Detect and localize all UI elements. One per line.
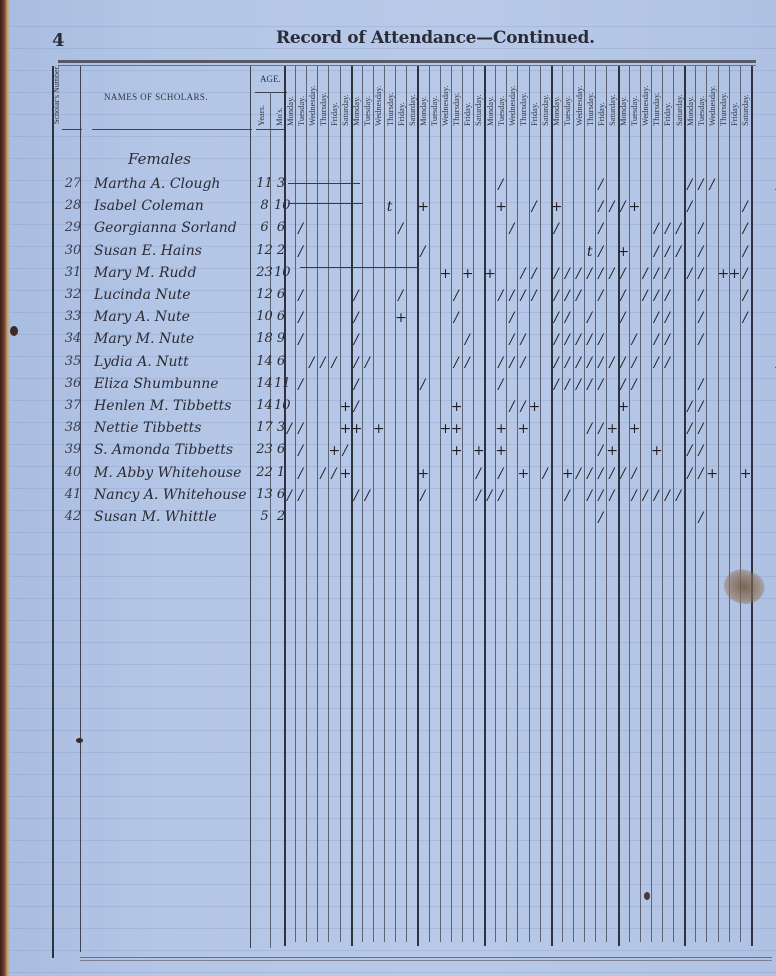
attendance-mark: / xyxy=(506,288,517,304)
tardy-mark: + xyxy=(351,421,362,437)
book-binding-edge xyxy=(0,0,10,976)
attendance-mark: / xyxy=(317,466,328,482)
day-divider xyxy=(440,66,441,942)
attendance-mark: / xyxy=(351,310,362,326)
day-header: Monday. xyxy=(552,70,561,126)
attendance-mark: / xyxy=(740,288,751,304)
age-months: 6 xyxy=(274,287,288,302)
attendance-mark: / xyxy=(573,332,584,348)
scholar-name: Isabel Coleman xyxy=(94,198,256,214)
day-divider xyxy=(673,66,674,942)
attendance-mark: / xyxy=(740,221,751,237)
scholar-number: 36 xyxy=(60,376,86,391)
attendance-mark: / xyxy=(295,421,306,437)
attendance-mark: / xyxy=(618,266,629,282)
attendance-mark: / xyxy=(695,421,706,437)
attendance-mark: / xyxy=(573,266,584,282)
attendance-mark: / xyxy=(695,399,706,415)
tardy-mark: + xyxy=(373,421,384,437)
attendance-mark: / xyxy=(618,199,629,215)
day-header: Saturday. xyxy=(608,70,617,126)
day-divider xyxy=(595,66,596,942)
week-divider xyxy=(618,66,620,946)
day-header: Wednesday. xyxy=(641,70,650,126)
attendance-mark: / xyxy=(618,310,629,326)
section-label-females: Females xyxy=(128,150,191,168)
header-underline-number xyxy=(62,129,82,130)
scholar-name: Susan M. Whittle xyxy=(94,509,256,525)
attendance-mark: / xyxy=(706,177,717,193)
attendance-mark: / xyxy=(529,288,540,304)
day-header: Wednesday. xyxy=(508,70,517,126)
attendance-mark: / xyxy=(595,177,606,193)
scholar-number: 28 xyxy=(60,198,86,213)
attendance-mark: / xyxy=(517,288,528,304)
attendance-mark: / xyxy=(595,266,606,282)
tardy-mark: + xyxy=(340,466,351,482)
attendance-mark: / xyxy=(562,332,573,348)
attendance-mark: / xyxy=(495,288,506,304)
day-divider xyxy=(540,66,541,942)
day-divider xyxy=(317,66,318,942)
day-header: Thursday. xyxy=(652,70,661,126)
day-header: Monday. xyxy=(419,70,428,126)
attendance-mark: / xyxy=(295,377,306,393)
day-divider xyxy=(429,66,430,942)
age-years: 22 xyxy=(256,465,273,480)
age-years: 14 xyxy=(256,376,273,391)
attendance-mark: / xyxy=(328,355,339,371)
attendance-mark: / xyxy=(695,177,706,193)
attendance-mark: / xyxy=(606,199,617,215)
tardy-mark: + xyxy=(729,266,740,282)
attendance-mark: / xyxy=(529,266,540,282)
day-header: Tuesday. xyxy=(297,70,306,126)
attendance-mark: / xyxy=(506,332,517,348)
attendance-mark: / xyxy=(662,266,673,282)
day-divider xyxy=(295,66,296,942)
attendance-mark: / xyxy=(573,377,584,393)
day-divider xyxy=(406,66,407,942)
attendance-mark: / xyxy=(551,266,562,282)
age-years: 14 xyxy=(256,398,273,413)
day-header: Saturday. xyxy=(408,70,417,126)
attendance-mark: / xyxy=(562,377,573,393)
scholar-name: Martha A. Clough xyxy=(94,176,256,192)
scholar-name: Georgianna Sorland xyxy=(94,220,256,236)
ink-blot xyxy=(10,326,18,336)
attendance-mark: / xyxy=(562,310,573,326)
header-months: Mo's. xyxy=(275,98,284,126)
week-divider xyxy=(684,66,686,946)
day-header: Thursday. xyxy=(386,70,395,126)
attendance-mark: / xyxy=(517,355,528,371)
tardy-mark: + xyxy=(417,466,428,482)
attendance-mark: / xyxy=(295,332,306,348)
scholar-number: 39 xyxy=(60,442,86,457)
attendance-mark: / xyxy=(684,199,695,215)
tardy-mark: + xyxy=(451,421,462,437)
scholar-number: 35 xyxy=(60,354,86,369)
strike-line xyxy=(288,183,360,184)
attendance-mark: / xyxy=(629,488,640,504)
attendance-mark: / xyxy=(684,177,695,193)
attendance-mark: / xyxy=(595,488,606,504)
scholar-number: 27 xyxy=(60,176,86,191)
age-months: 6 xyxy=(274,309,288,324)
age-months: 6 xyxy=(274,354,288,369)
attendance-mark: / xyxy=(629,332,640,348)
tardy-mark: + xyxy=(629,421,640,437)
day-header: Saturday. xyxy=(341,70,350,126)
day-header: Tuesday. xyxy=(563,70,572,126)
scholar-name: Mary M. Nute xyxy=(94,331,256,347)
tardy-mark: + xyxy=(328,443,339,459)
attendance-mark: / xyxy=(306,355,317,371)
attendance-mark: / xyxy=(284,488,295,504)
attendance-mark: / xyxy=(495,466,506,482)
header-underline-age xyxy=(256,129,286,130)
tardy-mark: + xyxy=(718,266,729,282)
day-divider xyxy=(740,66,741,942)
tardy-mark: + xyxy=(529,399,540,415)
scholar-number: 34 xyxy=(60,331,86,346)
day-header: Monday. xyxy=(686,70,695,126)
attendance-mark: / xyxy=(629,355,640,371)
attendance-mark: / xyxy=(684,399,695,415)
tardy-mark: + xyxy=(517,421,528,437)
attendance-mark: / xyxy=(618,288,629,304)
attendance-mark: / xyxy=(740,266,751,282)
attendance-mark: / xyxy=(573,355,584,371)
attendance-mark: / xyxy=(551,355,562,371)
age-months: 9 xyxy=(274,331,288,346)
tardy-mark: + xyxy=(551,199,562,215)
attendance-mark: / xyxy=(562,288,573,304)
attendance-mark: / xyxy=(395,288,406,304)
attendance-mark: / xyxy=(595,288,606,304)
attendance-mark: / xyxy=(606,266,617,282)
day-header: Thursday. xyxy=(719,70,728,126)
attendance-mark: / xyxy=(651,332,662,348)
attendance-mark: / xyxy=(640,488,651,504)
attendance-mark: / xyxy=(584,332,595,348)
top-double-rule xyxy=(58,60,756,63)
attendance-mark: / xyxy=(684,466,695,482)
attendance-mark: / xyxy=(495,377,506,393)
day-divider xyxy=(384,66,385,942)
attendance-mark: / xyxy=(417,488,428,504)
attendance-mark: / xyxy=(651,288,662,304)
attendance-mark: / xyxy=(551,288,562,304)
attendance-mark: / xyxy=(584,377,595,393)
age-years: 10 xyxy=(256,309,273,324)
attendance-mark: / xyxy=(695,332,706,348)
day-divider xyxy=(584,66,585,942)
age-years: 8 xyxy=(256,198,273,213)
scholar-number: 42 xyxy=(60,509,86,524)
tardy-mark: + xyxy=(451,399,462,415)
attendance-mark: / xyxy=(584,266,595,282)
age-years: 23 xyxy=(256,442,273,457)
attendance-mark: / xyxy=(551,221,562,237)
attendance-mark: / xyxy=(562,355,573,371)
scholar-name: Lydia A. Nutt xyxy=(94,354,256,370)
age-months: 1 xyxy=(274,465,288,480)
attendance-mark: / xyxy=(351,332,362,348)
ink-blot xyxy=(76,738,83,743)
attendance-mark: / xyxy=(351,288,362,304)
table-left-border xyxy=(52,66,54,958)
day-divider xyxy=(640,66,641,942)
day-header: Tuesday. xyxy=(697,70,706,126)
attendance-mark: / xyxy=(740,244,751,260)
scholar-number: 31 xyxy=(60,265,86,280)
attendance-mark: / xyxy=(317,355,328,371)
day-header: Friday. xyxy=(463,70,472,126)
attendance-mark: / xyxy=(595,377,606,393)
attendance-mark: / xyxy=(584,488,595,504)
day-divider xyxy=(718,66,719,942)
attendance-mark: / xyxy=(584,466,595,482)
attendance-mark: / xyxy=(473,488,484,504)
tardy-mark: + xyxy=(706,466,717,482)
attendance-mark: / xyxy=(517,332,528,348)
attendance-mark: / xyxy=(651,355,662,371)
attendance-mark: / xyxy=(284,421,295,437)
attendance-mark: / xyxy=(695,510,706,526)
age-years: 13 xyxy=(256,487,273,502)
day-divider xyxy=(395,66,396,942)
attendance-mark: / xyxy=(562,266,573,282)
day-divider xyxy=(529,66,530,942)
attendance-mark: / xyxy=(673,488,684,504)
attendance-mark: / xyxy=(695,244,706,260)
attendance-mark: / xyxy=(495,488,506,504)
bottom-double-rule xyxy=(80,957,772,958)
attendance-mark: / xyxy=(451,310,462,326)
day-header: Saturday. xyxy=(474,70,483,126)
attendance-mark: / xyxy=(295,443,306,459)
scholar-name: S. Amonda Tibbetts xyxy=(94,442,256,458)
day-header: Friday. xyxy=(530,70,539,126)
day-header: Wednesday. xyxy=(575,70,584,126)
age-years: 17 xyxy=(256,420,273,435)
tardy-mark: + xyxy=(340,399,351,415)
header-underline-names xyxy=(92,129,252,130)
attendance-mark: / xyxy=(662,244,673,260)
age-months: 11 xyxy=(274,376,288,391)
attendance-mark: / xyxy=(695,377,706,393)
attendance-mark: / xyxy=(362,488,373,504)
day-header: Monday. xyxy=(286,70,295,126)
scholar-number: 33 xyxy=(60,309,86,324)
tardy-mark: + xyxy=(484,266,495,282)
day-divider xyxy=(573,66,574,942)
day-divider xyxy=(651,66,652,942)
day-divider xyxy=(662,66,663,942)
attendance-mark: / xyxy=(351,355,362,371)
day-divider xyxy=(473,66,474,942)
day-divider xyxy=(328,66,329,942)
day-header: Saturday. xyxy=(741,70,750,126)
attendance-mark: / xyxy=(362,355,373,371)
day-divider xyxy=(340,66,341,942)
attendance-mark: / xyxy=(595,199,606,215)
tardy-mark: + xyxy=(451,443,462,459)
attendance-mark: / xyxy=(651,244,662,260)
scholar-number: 29 xyxy=(60,220,86,235)
attendance-mark: / xyxy=(484,488,495,504)
day-header: Tuesday. xyxy=(363,70,372,126)
age-months: 3 xyxy=(274,176,288,191)
attendance-mark: / xyxy=(740,310,751,326)
day-divider xyxy=(517,66,518,942)
attendance-mark: / xyxy=(595,443,606,459)
attendance-mark: / xyxy=(573,288,584,304)
attendance-mark: / xyxy=(351,399,362,415)
attendance-mark: / xyxy=(684,421,695,437)
tardy-mark: + xyxy=(562,466,573,482)
scholar-number: 41 xyxy=(60,487,86,502)
day-divider xyxy=(462,66,463,942)
attendance-mark: / xyxy=(695,466,706,482)
day-header: Saturday. xyxy=(541,70,550,126)
age-months: 6 xyxy=(274,442,288,457)
header-age: AGE. xyxy=(260,74,281,84)
scholar-name: Susan E. Hains xyxy=(94,243,256,259)
attendance-mark: / xyxy=(662,221,673,237)
attendance-mark: / xyxy=(695,266,706,282)
age-months: 10 xyxy=(274,398,288,413)
day-divider xyxy=(495,66,496,942)
attendance-mark: / xyxy=(340,443,351,459)
tardy-mark: + xyxy=(417,199,428,215)
scholar-name: Nancy A. Whitehouse xyxy=(94,487,256,503)
day-header: Friday. xyxy=(330,70,339,126)
tardy-mark: + xyxy=(495,199,506,215)
header-scholar-number: Scholar's Number. xyxy=(52,72,72,124)
age-subdivider xyxy=(255,92,287,93)
scholar-name: Lucinda Nute xyxy=(94,287,256,303)
attendance-mark: / xyxy=(595,466,606,482)
attendance-mark: / xyxy=(662,288,673,304)
attendance-mark: / xyxy=(595,221,606,237)
page-number: 4 xyxy=(52,30,65,51)
tardy-mark: + xyxy=(618,399,629,415)
age-years: 12 xyxy=(256,287,273,302)
attendance-mark: / xyxy=(295,221,306,237)
attendance-mark: / xyxy=(495,355,506,371)
scholar-name: Mary A. Nute xyxy=(94,309,256,325)
week-divider xyxy=(484,66,486,946)
age-years: 23 xyxy=(256,265,273,280)
day-header: Tuesday. xyxy=(497,70,506,126)
attendance-mark: / xyxy=(584,355,595,371)
attendance-mark: / xyxy=(506,355,517,371)
day-divider xyxy=(729,66,730,942)
tardy-mark: + xyxy=(618,244,629,260)
attendance-mark: / xyxy=(506,399,517,415)
attendance-mark: / xyxy=(695,221,706,237)
day-header: Friday. xyxy=(597,70,606,126)
attendance-mark: / xyxy=(562,488,573,504)
attendance-mark: / xyxy=(651,488,662,504)
attendance-mark: / xyxy=(506,221,517,237)
attendance-mark: / xyxy=(540,466,551,482)
header-years: Years. xyxy=(257,98,266,126)
attendance-mark: / xyxy=(573,466,584,482)
day-divider xyxy=(506,66,507,942)
attendance-mark: / xyxy=(517,399,528,415)
day-divider xyxy=(706,66,707,942)
attendance-mark: / xyxy=(584,421,595,437)
age-years: 11 xyxy=(256,176,273,191)
day-divider xyxy=(306,66,307,942)
attendance-mark: / xyxy=(551,377,562,393)
tardy-mark: + xyxy=(495,421,506,437)
tardy-mark: + xyxy=(473,443,484,459)
attendance-mark: / xyxy=(684,266,695,282)
attendance-mark: / xyxy=(662,310,673,326)
attendance-mark: / xyxy=(595,244,606,260)
attendance-mark: / xyxy=(684,443,695,459)
age-months: 6 xyxy=(274,220,288,235)
day-header: Friday. xyxy=(663,70,672,126)
scholar-number: 38 xyxy=(60,420,86,435)
attendance-mark: / xyxy=(462,332,473,348)
attendance-mark: / xyxy=(595,332,606,348)
scholar-name: Eliza Shumbunne xyxy=(94,376,256,392)
day-header: Wednesday. xyxy=(441,70,450,126)
scholar-number: 32 xyxy=(60,287,86,302)
attendance-mark: / xyxy=(673,244,684,260)
age-months: 2 xyxy=(274,509,288,524)
attendance-mark: / xyxy=(651,221,662,237)
day-header: Wednesday. xyxy=(308,70,317,126)
week-divider xyxy=(417,66,419,946)
attendance-mark: / xyxy=(351,488,362,504)
day-header: Friday. xyxy=(730,70,739,126)
attendance-mark: / xyxy=(584,310,595,326)
tardy-mark: t xyxy=(384,199,395,215)
day-header: Thursday. xyxy=(452,70,461,126)
attendance-mark: / xyxy=(451,355,462,371)
attendance-mark: / xyxy=(595,355,606,371)
attendance-mark: / xyxy=(673,221,684,237)
header-names: NAMES OF SCHOLARS. xyxy=(104,92,208,102)
attendance-mark: / xyxy=(529,199,540,215)
attendance-mark: / xyxy=(618,355,629,371)
tardy-mark: t xyxy=(584,244,595,260)
scholar-number: 30 xyxy=(60,243,86,258)
bottom-double-rule-inner xyxy=(80,960,772,961)
scholar-number: 40 xyxy=(60,465,86,480)
tardy-mark: + xyxy=(606,443,617,459)
day-divider xyxy=(695,66,696,942)
ink-blot xyxy=(644,892,650,900)
attendance-mark: / xyxy=(651,310,662,326)
attendance-mark: / xyxy=(629,377,640,393)
attendance-mark: / xyxy=(606,466,617,482)
age-years: 14 xyxy=(256,354,273,369)
attendance-mark: / xyxy=(395,221,406,237)
week-divider xyxy=(351,66,353,946)
ledger-page: 4 Record of Attendance—Continued. Schola… xyxy=(8,0,776,976)
attendance-mark: / xyxy=(651,266,662,282)
attendance-mark: / xyxy=(451,288,462,304)
tardy-mark: + xyxy=(395,310,406,326)
